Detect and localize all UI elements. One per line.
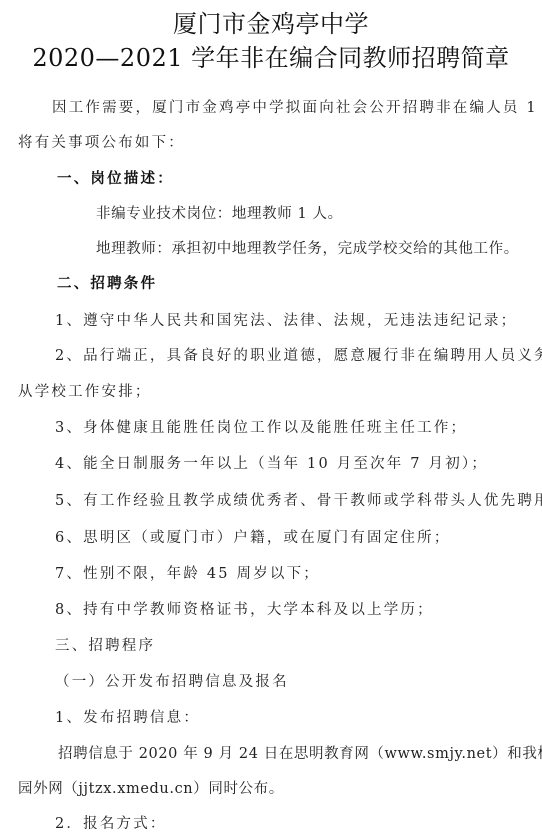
section3-heading: 三、招聘程序	[55, 634, 155, 655]
section2-item: 2、品行端正，具备良好的职业道德，愿意履行非在编聘用人员义务，	[55, 344, 542, 365]
section1-heading: 一、岗位描述：	[57, 167, 174, 188]
section2-item: 5、有工作经验且教学成绩优秀者、骨干教师或学科带头人优先聘用；	[55, 489, 542, 510]
document-page: 厦门市金鸡亭中学 2020—2021 学年非在编合同教师招聘简章 因工作需要，厦…	[0, 0, 542, 834]
section2-item: 6、思明区（或厦门市）户籍，或在厦门有固定住所；	[55, 526, 451, 547]
section3-step2: 2．报名方式：	[55, 812, 167, 833]
section3-step1-text-line1: 招聘信息于 2020 年 9 月 24 日在思明教育网（www.smjy.net…	[58, 742, 542, 763]
section1-item1: 非编专业技术岗位：地理教师 1 人。	[96, 202, 343, 223]
section2-heading: 二、招聘条件	[57, 272, 157, 293]
section2-item: 7、性别不限，年龄 45 周岁以下；	[55, 562, 320, 583]
intro-paragraph-line2: 将有关事项公布如下：	[18, 131, 185, 152]
intro-paragraph-line1: 因工作需要，厦门市金鸡亭中学拟面向社会公开招聘非在编人员 1 名，	[52, 96, 542, 117]
section2-item: 1、遵守中华人民共和国宪法、法律、法规，无违法违纪记录；	[55, 309, 517, 330]
section2-item-continuation: 从学校工作安排；	[18, 380, 152, 401]
section3-step1: 1、发布招聘信息：	[55, 706, 200, 727]
section2-item: 8、持有中学教师资格证书，大学本科及以上学历；	[55, 598, 434, 619]
document-title-school: 厦门市金鸡亭中学	[0, 4, 542, 39]
section2-item: 4、能全日制服务一年以上（当年 10 月至次年 7 月初）；	[55, 452, 488, 473]
section1-item2: 地理教师：承担初中地理教学任务，完成学校交给的其他工作。	[96, 237, 519, 258]
section2-item: 3、身体健康且能胜任岗位工作以及能胜任班主任工作；	[55, 416, 467, 437]
document-title-main: 2020—2021 学年非在编合同教师招聘简章	[0, 38, 542, 73]
section3-subheading: （一）公开发布招聘信息及报名	[55, 670, 289, 691]
section3-step1-text-line2: 园外网（jjtzx.xmedu.cn）同时公布。	[18, 777, 284, 798]
